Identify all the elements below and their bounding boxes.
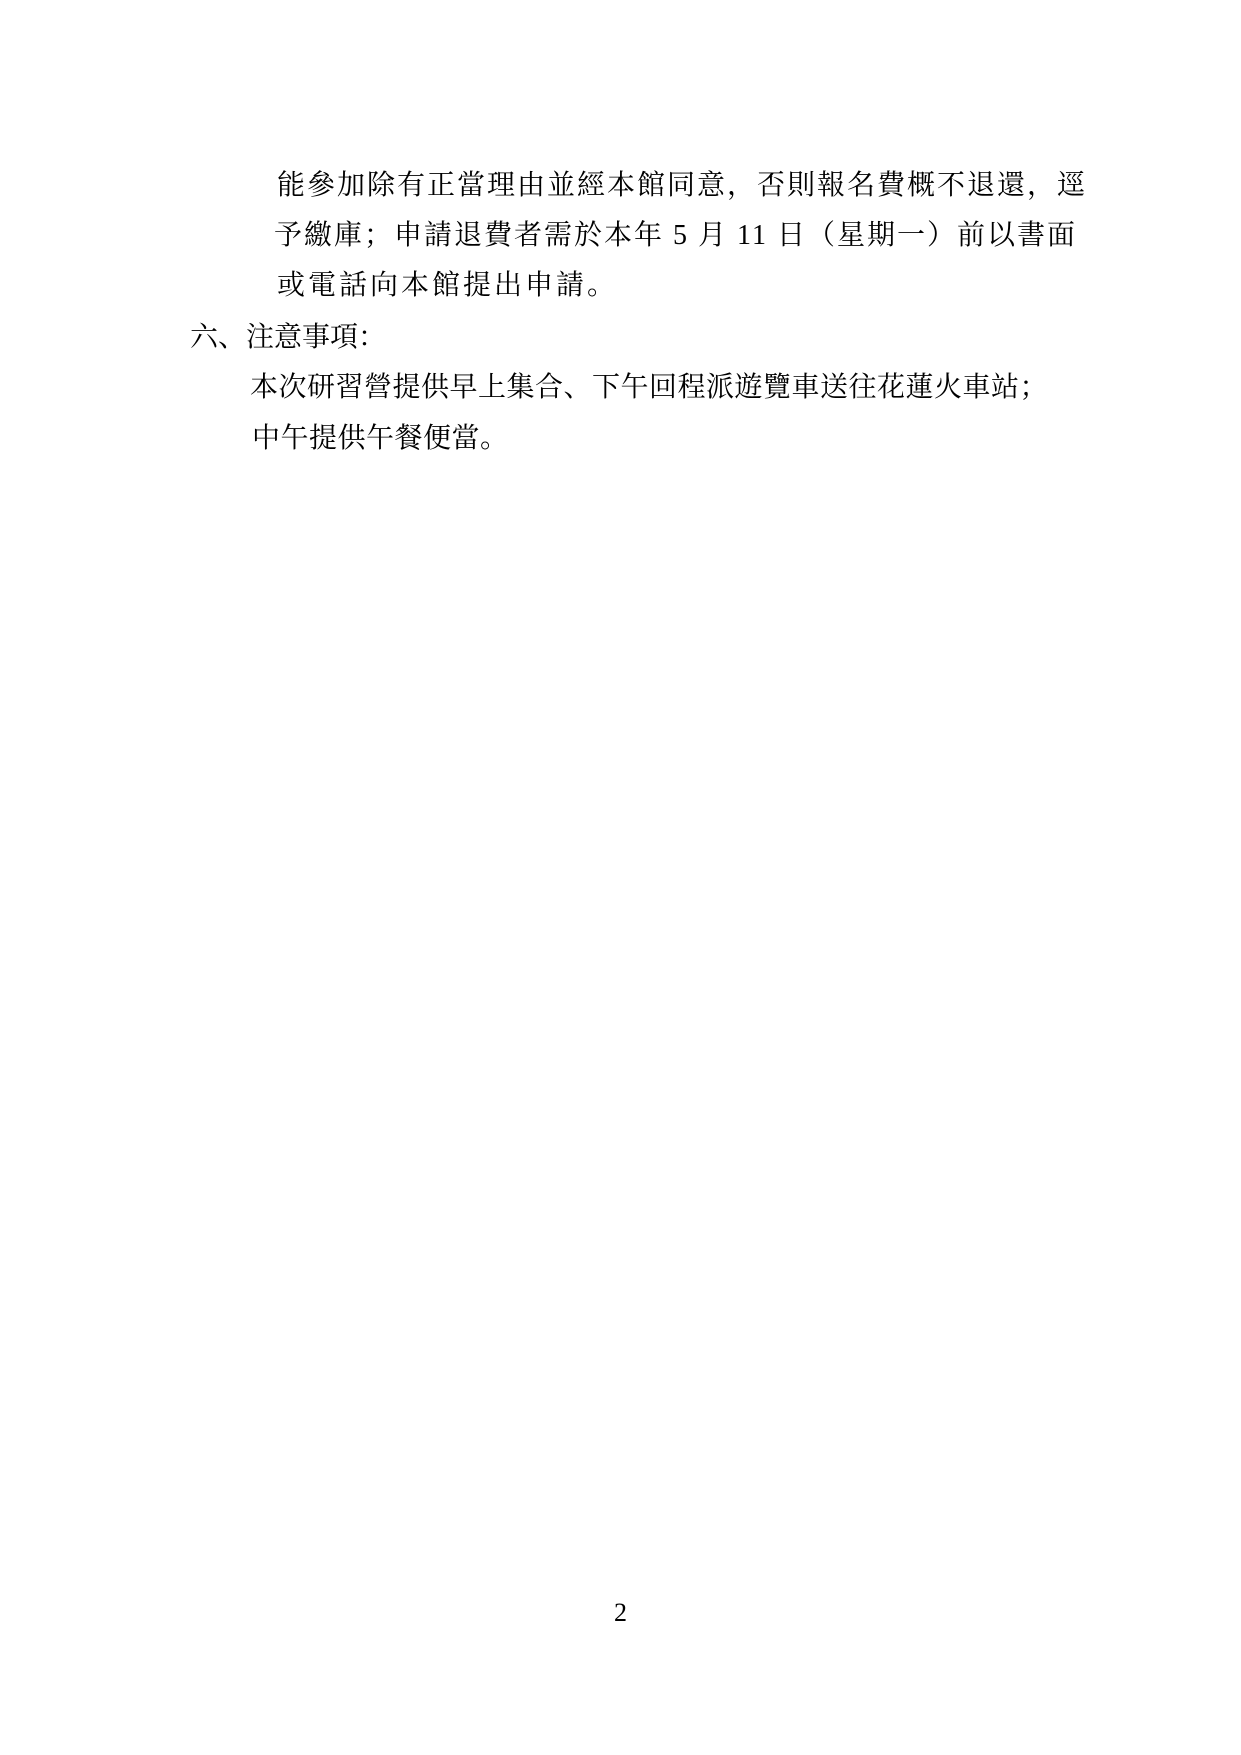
paragraph-line-6: 中午提供午餐便當。 — [252, 423, 509, 455]
section-heading-notes: 六、注意事項： — [190, 322, 386, 354]
page-number: 2 — [0, 1598, 1241, 1628]
paragraph-line-2: 予繳庫；申請退費者需於本年 5 月 11 日（星期一）前以書面 — [274, 220, 1077, 252]
paragraph-line-1: 能參加除有正當理由並經本館同意，否則報名費概不退還，逕 — [277, 170, 1087, 202]
paragraph-line-5: 本次研習營提供早上集合、下午回程派遊覽車送往花蓮火車站； — [250, 372, 1048, 404]
paragraph-line-3: 或電話向本館提出申請。 — [277, 270, 618, 302]
document-page: 能參加除有正當理由並經本館同意，否則報名費概不退還，逕 予繳庫；申請退費者需於本… — [0, 0, 1241, 1755]
